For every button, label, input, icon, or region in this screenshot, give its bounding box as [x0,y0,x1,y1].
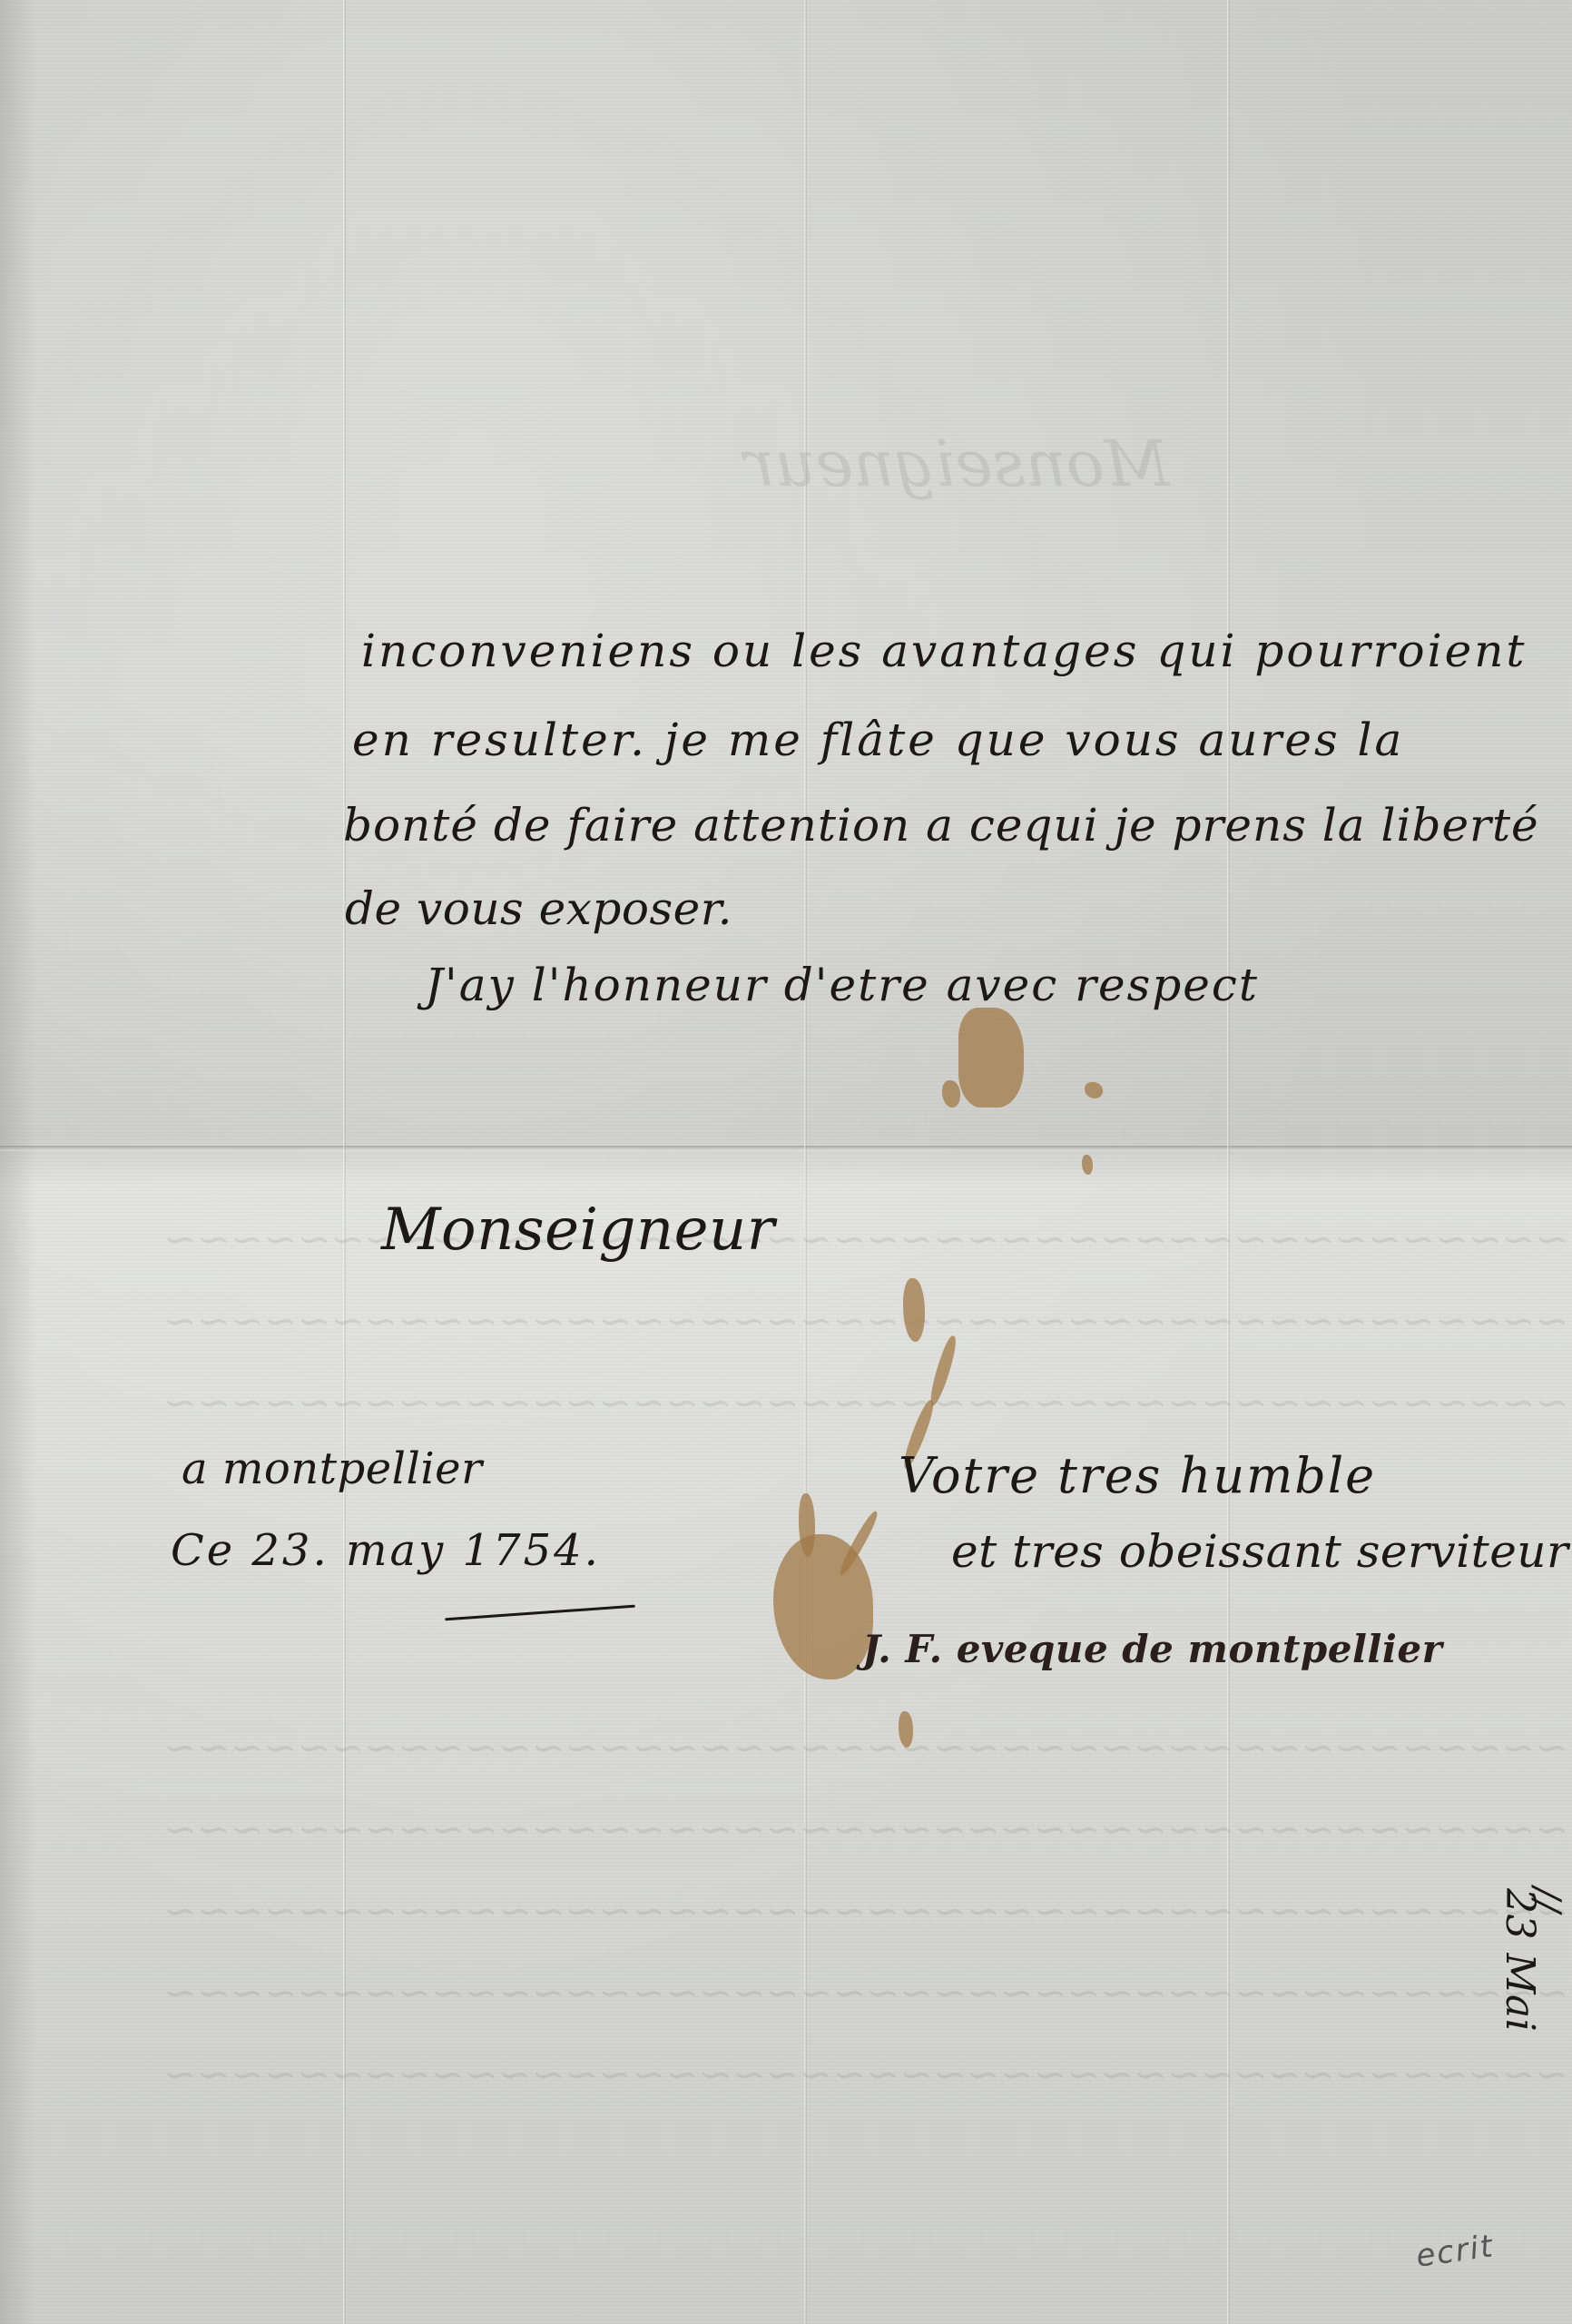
body-line-4: de vous exposer. [345,882,732,935]
bleed-through-text: ~~~~~~~~~~~~~~~~~~~~~~~~~~~~~~~~~~~~~~~~… [163,1807,1572,1853]
ink-stain [773,1534,873,1679]
ink-stain [942,1080,960,1108]
bleed-through-text: ~~~~~~~~~~~~~~~~~~~~~~~~~~~~~~~~~~~~~~~~… [163,1216,1572,1263]
ink-stain [799,1493,815,1557]
bleed-through-text: ~~~~~~~~~~~~~~~~~~~~~~~~~~~~~~~~~~~~~~~~… [163,1298,1572,1344]
body-line-2: en resulter. je me flâte que vous aures … [352,714,1404,766]
pencil-annotation: ecrit [1414,2228,1497,2275]
paper-edge-shadow [0,0,36,2324]
bleed-through-text: ~~~~~~~~~~~~~~~~~~~~~~~~~~~~~~~~~~~~~~~~… [163,1888,1572,1935]
valediction-line-2: et tres obeissant serviteur [951,1525,1568,1578]
horizontal-fold-line [0,1146,1572,1151]
closing-formula: J'ay l'honneur d'etre avec respect [425,959,1259,1011]
body-line-1: inconveniens ou les avantages qui pourro… [361,625,1528,677]
ink-stain [1082,1155,1093,1175]
bleed-through-text: ~~~~~~~~~~~~~~~~~~~~~~~~~~~~~~~~~~~~~~~~… [163,2052,1572,2098]
date-underline [445,1605,635,1621]
ink-stain [958,1008,1024,1108]
place-line: a montpellier [182,1443,483,1494]
signature: J. F. eveque de montpellier [862,1627,1442,1671]
bleed-through-text: ~~~~~~~~~~~~~~~~~~~~~~~~~~~~~~~~~~~~~~~~… [163,1380,1572,1426]
letter-sheet: Monseigneur ~~~~~~~~~~~~~~~~~~~~~~~~~~~~… [0,0,1572,2324]
valediction-line-1: Votre tres humble [899,1447,1376,1504]
body-line-3: bonté de faire attention a cequi je pren… [343,799,1539,852]
bleed-through-text: Monseigneur [744,427,1170,501]
ink-stain [1085,1082,1103,1098]
bleed-through-text: ~~~~~~~~~~~~~~~~~~~~~~~~~~~~~~~~~~~~~~~~… [163,1970,1572,2016]
ink-stain [903,1278,925,1342]
salutation: Monseigneur [381,1196,775,1264]
bleed-through-text: ~~~~~~~~~~~~~~~~~~~~~~~~~~~~~~~~~~~~~~~~… [163,1725,1572,1771]
date-line: Ce 23. may 1754. [171,1525,601,1576]
margin-marks: // [1526,1887,1567,1913]
ink-stain [899,1711,913,1748]
